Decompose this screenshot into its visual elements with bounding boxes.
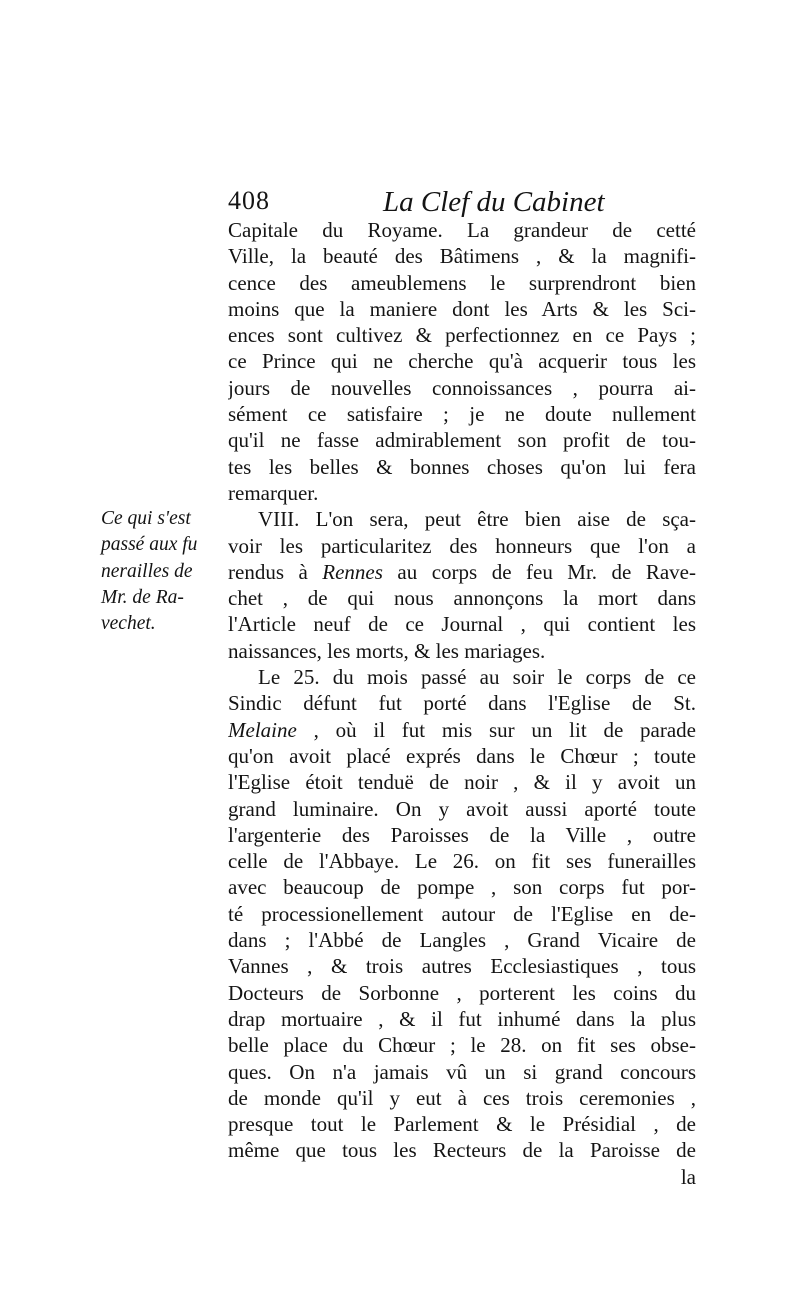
- text-line: même que tous les Recteurs de la Paroiss…: [228, 1137, 696, 1163]
- margin-note-line: nerailles de: [101, 559, 226, 585]
- running-title: La Clef du Cabinet: [383, 186, 605, 219]
- text-line: belle place du Chœur ; le 28. on fit ses…: [228, 1032, 696, 1058]
- text-line: Vannes , & trois autres Ecclesiastiques …: [228, 953, 696, 979]
- text-line: jours de nouvelles connoissances , pourr…: [228, 375, 696, 401]
- text-line: Docteurs de Sorbonne , porterent les coi…: [228, 980, 696, 1006]
- text-line: Ville, la beauté des Bâtimens , & la mag…: [228, 243, 696, 269]
- margin-note: Ce qui s'est passé aux fu nerailles de M…: [101, 506, 226, 637]
- text-line: rendus à Rennes au corps de feu Mr. de R…: [228, 559, 696, 585]
- text-line: avec beaucoup de pompe , son corps fut p…: [228, 874, 696, 900]
- text-line: ences sont cultivez & perfectionnez en c…: [228, 322, 696, 348]
- text-line: sément ce satisfaire ; je ne doute nulle…: [228, 401, 696, 427]
- margin-note-line: Ce qui s'est: [101, 506, 226, 532]
- text-line: remarquer.: [228, 480, 696, 506]
- text-line: presque tout le Parlement & le Présidial…: [228, 1111, 696, 1137]
- text-line: l'Eglise étoit tenduë de noir , & il y a…: [228, 769, 696, 795]
- text-line: cence des ameublemens le surprendront bi…: [228, 270, 696, 296]
- text-line: Capitale du Royame. La grandeur de cetté: [228, 217, 696, 243]
- margin-note-line: vechet.: [101, 611, 226, 637]
- paragraph-viii-start: VIII. L'on sera, peut être bien aise de …: [228, 506, 696, 532]
- text-line: té processionellement autour de l'Eglise…: [228, 901, 696, 927]
- place-name-rennes: Rennes: [322, 560, 383, 584]
- body-text: Capitale du Royame. La grandeur de cetté…: [228, 217, 696, 1190]
- text-line: qu'on avoit placé exprés dans le Chœur ;…: [228, 743, 696, 769]
- text-line: grand luminaire. On y avoit aussi aporté…: [228, 796, 696, 822]
- text-line: dans ; l'Abbé de Langles , Grand Vicaire…: [228, 927, 696, 953]
- margin-note-line: passé aux fu: [101, 532, 226, 558]
- text-span: au corps de feu Mr. de Rave-: [383, 560, 696, 584]
- text-line: l'argenterie des Paroisses de la Ville ,…: [228, 822, 696, 848]
- text-line: l'Article neuf de ce Journal , qui conti…: [228, 611, 696, 637]
- text-line: moins que la maniere dont les Arts & les…: [228, 296, 696, 322]
- text-line: celle de l'Abbaye. Le 26. on fit ses fun…: [228, 848, 696, 874]
- text-line: Melaine , où il fut mis sur un lit de pa…: [228, 717, 696, 743]
- paragraph-start: Le 25. du mois passé au soir le corps de…: [228, 664, 696, 690]
- text-line: chet , de qui nous annonçons la mort dan…: [228, 585, 696, 611]
- text-line: ques. On n'a jamais vû un si grand conco…: [228, 1059, 696, 1085]
- text-line: drap mortuaire , & il fut inhumé dans la…: [228, 1006, 696, 1032]
- page-number: 408: [228, 186, 270, 216]
- text-line: de monde qu'il y eut à ces trois ceremon…: [228, 1085, 696, 1111]
- text-span: rendus à: [228, 560, 322, 584]
- document-page: 408 La Clef du Cabinet Ce qui s'est pass…: [0, 0, 800, 1304]
- text-span: , où il fut mis sur un lit de parade: [297, 718, 696, 742]
- text-line: Sindic défunt fut porté dans l'Eglise de…: [228, 690, 696, 716]
- text-line: qu'il ne fasse admirablement son profit …: [228, 427, 696, 453]
- place-name-melaine: Melaine: [228, 718, 297, 742]
- text-line: ce Prince qui ne cherche qu'à acquerir t…: [228, 348, 696, 374]
- margin-note-line: Mr. de Ra-: [101, 585, 226, 611]
- text-line: naissances, les morts, & les mariages.: [228, 638, 696, 664]
- text-line: voir les particularitez des honneurs que…: [228, 533, 696, 559]
- text-line: tes les belles & bonnes choses qu'on lui…: [228, 454, 696, 480]
- catchword: la: [228, 1164, 696, 1190]
